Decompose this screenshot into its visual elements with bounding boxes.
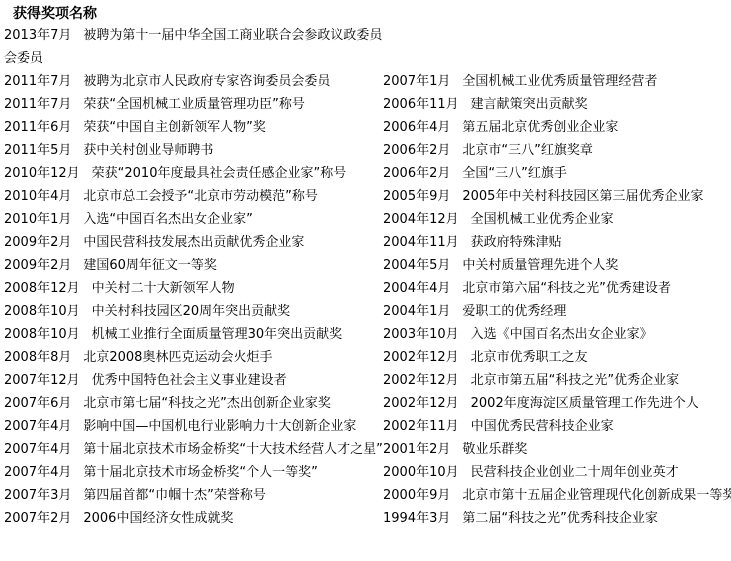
awards-table-body: 2013年7月被聘为第十一届中华全国工商业联合会参政议政委员会委员 2011年7… (0, 24, 731, 530)
table-row: 2007年4月第十届北京技术市场金桥奖“十大技术经营人才之星” 2001年2月敬… (0, 438, 731, 461)
award-text: 荣获“中国自主创新领军人物”奖 (83, 120, 265, 135)
award-text: 中关村科技园区20周年突出贡献奖 (92, 304, 291, 319)
award-cell-left: 2007年4月影响中国—中国机电行业影响力十大创新企业家 (0, 415, 383, 438)
award-text: 民营科技企业创业二十周年创业英才 (471, 465, 679, 480)
award-text: 第四届首都“巾帼十杰”荣誉称号 (83, 488, 265, 503)
award-text: 北京市优秀职工之友 (471, 350, 588, 365)
award-date: 2000年10月 (383, 465, 459, 480)
award-cell-right: 2005年9月2005年中关村科技园区第三届优秀企业家 (383, 185, 731, 208)
award-cell-left: 2008年8月北京2008奥林匹克运动会火炬手 (0, 346, 383, 369)
award-date: 1994年3月 (383, 511, 450, 526)
award-cell-left: 2007年6月北京市第七届“科技之光”杰出创新企业家奖 (0, 392, 383, 415)
award-cell-left: 2010年12月荣获“2010年度最具社会责任感企业家”称号 (0, 162, 383, 185)
award-cell-left: 2011年7月被聘为北京市人民政府专家咨询委员会委员 (0, 70, 383, 93)
award-text: 全国“三八”红旗手 (462, 166, 566, 181)
award-cell-left: 2008年10月中关村科技园区20周年突出贡献奖 (0, 300, 383, 323)
table-row: 2007年12月优秀中国特色社会主义事业建设者 2002年12月北京市第五届“科… (0, 369, 731, 392)
award-date: 2005年9月 (383, 189, 450, 204)
award-cell-left: 2007年3月第四届首都“巾帼十杰”荣誉称号 (0, 484, 383, 507)
award-date: 2002年12月 (383, 396, 459, 411)
award-cell-right: 2006年4月第五届北京优秀创业企业家 (383, 116, 731, 139)
award-text: 全国机械工业优秀企业家 (471, 212, 614, 227)
award-date: 2010年4月 (4, 189, 71, 204)
award-text: 中关村二十大新领军人物 (92, 281, 235, 296)
award-text: 北京市第十五届企业管理现代化创新成果一等奖 (462, 488, 731, 503)
award-cell-right: 2002年12月北京市第五届“科技之光”优秀企业家 (383, 369, 731, 392)
award-date: 2006年11月 (383, 97, 459, 112)
award-cell-left: 2009年2月中国民营科技发展杰出贡献优秀企业家 (0, 231, 383, 254)
award-date: 2010年12月 (4, 166, 80, 181)
award-text: 北京市第五届“科技之光”优秀企业家 (471, 373, 679, 388)
award-cell-right: 1994年3月第二届“科技之光”优秀科技企业家 (383, 507, 731, 530)
award-cell-left: 2011年7月荣获“全国机械工业质量管理功臣”称号 (0, 93, 383, 116)
award-cell-left: 2007年4月第十届北京技术市场金桥奖“个人一等奖” (0, 461, 383, 484)
table-row: 2009年2月中国民营科技发展杰出贡献优秀企业家 2004年11月获政府特殊津贴 (0, 231, 731, 254)
award-date: 2011年6月 (4, 120, 71, 135)
award-cell-right: 2000年9月北京市第十五届企业管理现代化创新成果一等奖 (383, 484, 731, 507)
table-row: 2008年10月机械工业推行全面质量管理30年突出贡献奖 2003年10月入选《… (0, 323, 731, 346)
table-row: 2011年7月荣获“全国机械工业质量管理功臣”称号 2006年11月建言献策突出… (0, 93, 731, 116)
award-date: 2004年4月 (383, 281, 450, 296)
page-title: 获得奖项名称 (13, 7, 731, 22)
award-date: 2004年11月 (383, 235, 459, 250)
award-date: 2003年10月 (383, 327, 459, 342)
award-date: 2006年2月 (383, 166, 450, 181)
award-date: 2002年12月 (383, 350, 459, 365)
award-cell-right: 2006年2月全国“三八”红旗手 (383, 162, 731, 185)
award-cell-left: 2008年10月机械工业推行全面质量管理30年突出贡献奖 (0, 323, 383, 346)
award-date: 2004年12月 (383, 212, 459, 227)
table-row: 2007年4月第十届北京技术市场金桥奖“个人一等奖” 2000年10月民营科技企… (0, 461, 731, 484)
award-date: 2008年10月 (4, 304, 80, 319)
award-text: 第二届“科技之光”优秀科技企业家 (462, 511, 657, 526)
award-date: 2011年7月 (4, 74, 71, 89)
award-date: 2007年4月 (4, 442, 71, 457)
award-date: 2007年1月 (383, 74, 450, 89)
award-cell-right: 2002年12月2002年度海淀区质量管理工作先进个人 (383, 392, 731, 415)
award-text: 北京2008奥林匹克运动会火炬手 (83, 350, 272, 365)
table-row: 2008年12月中关村二十大新领军人物 2004年4月北京市第六届“科技之光”优… (0, 277, 731, 300)
award-cell-left: 2013年7月被聘为第十一届中华全国工商业联合会参政议政委员会委员 (0, 24, 383, 70)
award-date: 2007年6月 (4, 396, 71, 411)
award-date: 2004年1月 (383, 304, 450, 319)
awards-document: { "title": "获得奖项名称", "colors": { "text":… (0, 0, 731, 561)
award-text: 建国60周年征文一等奖 (83, 258, 217, 273)
award-text: 中国民营科技发展杰出贡献优秀企业家 (83, 235, 304, 250)
award-date: 2008年10月 (4, 327, 80, 342)
award-cell-right (383, 24, 731, 70)
award-text: 2005年中关村科技园区第三届优秀企业家 (462, 189, 703, 204)
award-date: 2009年2月 (4, 258, 71, 273)
award-cell-right: 2004年4月北京市第六届“科技之光”优秀建设者 (383, 277, 731, 300)
award-text: 第五届北京优秀创业企业家 (462, 120, 618, 135)
award-text: 中关村质量管理先进个人奖 (462, 258, 618, 273)
award-text: 2002年度海淀区质量管理工作先进个人 (471, 396, 699, 411)
award-cell-left: 2008年12月中关村二十大新领军人物 (0, 277, 383, 300)
award-text: 获中关村创业导师聘书 (83, 143, 213, 158)
award-text: 机械工业推行全面质量管理30年突出贡献奖 (92, 327, 343, 342)
award-cell-left: 2007年2月2006中国经济女性成就奖 (0, 507, 383, 530)
table-row: 2009年2月建国60周年征文一等奖 2004年5月中关村质量管理先进个人奖 (0, 254, 731, 277)
award-date: 2007年2月 (4, 511, 71, 526)
award-cell-left: 2010年1月入选“中国百名杰出女企业家” (0, 208, 383, 231)
award-text: 2006中国经济女性成就奖 (83, 511, 233, 526)
table-row: 2010年1月入选“中国百名杰出女企业家” 2004年12月全国机械工业优秀企业… (0, 208, 731, 231)
award-cell-right: 2003年10月入选《中国百名杰出女企业家》 (383, 323, 731, 346)
table-row: 2007年3月第四届首都“巾帼十杰”荣誉称号 2000年9月北京市第十五届企业管… (0, 484, 731, 507)
award-cell-right: 2002年11月中国优秀民营科技企业家 (383, 415, 731, 438)
award-text: 第十届北京技术市场金桥奖“十大技术经营人才之星” (83, 442, 382, 457)
award-text: 入选“中国百名杰出女企业家” (83, 212, 252, 227)
table-row: 2007年4月影响中国—中国机电行业影响力十大创新企业家 2002年11月中国优… (0, 415, 731, 438)
award-cell-right: 2004年1月爱职工的优秀经理 (383, 300, 731, 323)
award-cell-left: 2007年12月优秀中国特色社会主义事业建设者 (0, 369, 383, 392)
award-cell-right: 2004年5月中关村质量管理先进个人奖 (383, 254, 731, 277)
award-cell-right: 2006年11月建言献策突出贡献奖 (383, 93, 731, 116)
award-text: 中国优秀民营科技企业家 (471, 419, 614, 434)
award-date: 2010年1月 (4, 212, 71, 227)
table-row: 2010年4月北京市总工会授予“北京市劳动模范”称号 2005年9月2005年中… (0, 185, 731, 208)
award-date: 2007年12月 (4, 373, 80, 388)
award-cell-left: 2010年4月北京市总工会授予“北京市劳动模范”称号 (0, 185, 383, 208)
award-text: 第十届北京技术市场金桥奖“个人一等奖” (83, 465, 317, 480)
award-text: 影响中国—中国机电行业影响力十大创新企业家 (83, 419, 356, 434)
award-cell-left: 2011年5月获中关村创业导师聘书 (0, 139, 383, 162)
award-text: 荣获“全国机械工业质量管理功臣”称号 (83, 97, 304, 112)
award-cell-left: 2011年6月荣获“中国自主创新领军人物”奖 (0, 116, 383, 139)
award-text: 优秀中国特色社会主义事业建设者 (92, 373, 287, 388)
award-date: 2001年2月 (383, 442, 450, 457)
award-text: 被聘为北京市人民政府专家咨询委员会委员 (83, 74, 330, 89)
award-date: 2007年3月 (4, 488, 71, 503)
award-text: 建言献策突出贡献奖 (471, 97, 588, 112)
table-row: 2007年6月北京市第七届“科技之光”杰出创新企业家奖 2002年12月2002… (0, 392, 731, 415)
awards-table: 2013年7月被聘为第十一届中华全国工商业联合会参政议政委员会委员 2011年7… (0, 24, 731, 530)
award-cell-right: 2000年10月民营科技企业创业二十周年创业英才 (383, 461, 731, 484)
award-date: 2009年2月 (4, 235, 71, 250)
award-cell-right: 2004年11月获政府特殊津贴 (383, 231, 731, 254)
award-cell-right: 2006年2月北京市“三八”红旗奖章 (383, 139, 731, 162)
award-text: 获政府特殊津贴 (471, 235, 562, 250)
award-text: 北京市总工会授予“北京市劳动模范”称号 (83, 189, 317, 204)
table-row: 2007年2月2006中国经济女性成就奖 1994年3月第二届“科技之光”优秀科… (0, 507, 731, 530)
table-row: 2008年8月北京2008奥林匹克运动会火炬手 2002年12月北京市优秀职工之… (0, 346, 731, 369)
table-row: 2011年6月荣获“中国自主创新领军人物”奖 2006年4月第五届北京优秀创业企… (0, 116, 731, 139)
award-cell-right: 2001年2月敬业乐群奖 (383, 438, 731, 461)
table-row: 2008年10月中关村科技园区20周年突出贡献奖 2004年1月爱职工的优秀经理 (0, 300, 731, 323)
award-text: 北京市“三八”红旗奖章 (462, 143, 592, 158)
table-row: 2011年5月获中关村创业导师聘书 2006年2月北京市“三八”红旗奖章 (0, 139, 731, 162)
award-date: 2002年11月 (383, 419, 459, 434)
award-date: 2006年4月 (383, 120, 450, 135)
award-date: 2002年12月 (383, 373, 459, 388)
award-text: 入选《中国百名杰出女企业家》 (471, 327, 653, 342)
award-date: 2008年8月 (4, 350, 71, 365)
award-date: 2011年5月 (4, 143, 71, 158)
award-text: 敬业乐群奖 (462, 442, 527, 457)
award-date: 2000年9月 (383, 488, 450, 503)
award-text: 北京市第七届“科技之光”杰出创新企业家奖 (83, 396, 330, 411)
table-row: 2013年7月被聘为第十一届中华全国工商业联合会参政议政委员会委员 (0, 24, 731, 70)
table-row: 2010年12月荣获“2010年度最具社会责任感企业家”称号 2006年2月全国… (0, 162, 731, 185)
award-date: 2004年5月 (383, 258, 450, 273)
award-text: 荣获“2010年度最具社会责任感企业家”称号 (92, 166, 347, 181)
award-date: 2007年4月 (4, 419, 71, 434)
award-cell-left: 2009年2月建国60周年征文一等奖 (0, 254, 383, 277)
award-text: 全国机械工业优秀质量管理经营者 (462, 74, 657, 89)
award-date: 2008年12月 (4, 281, 80, 296)
award-text: 爱职工的优秀经理 (462, 304, 566, 319)
award-cell-left: 2007年4月第十届北京技术市场金桥奖“十大技术经营人才之星” (0, 438, 383, 461)
award-date: 2007年4月 (4, 465, 71, 480)
table-row: 2011年7月被聘为北京市人民政府专家咨询委员会委员 2007年1月全国机械工业… (0, 70, 731, 93)
award-cell-right: 2004年12月全国机械工业优秀企业家 (383, 208, 731, 231)
award-date: 2013年7月 (4, 28, 71, 43)
award-date: 2011年7月 (4, 97, 71, 112)
award-date: 2006年2月 (383, 143, 450, 158)
award-cell-right: 2002年12月北京市优秀职工之友 (383, 346, 731, 369)
award-cell-right: 2007年1月全国机械工业优秀质量管理经营者 (383, 70, 731, 93)
award-text: 北京市第六届“科技之光”优秀建设者 (462, 281, 670, 296)
